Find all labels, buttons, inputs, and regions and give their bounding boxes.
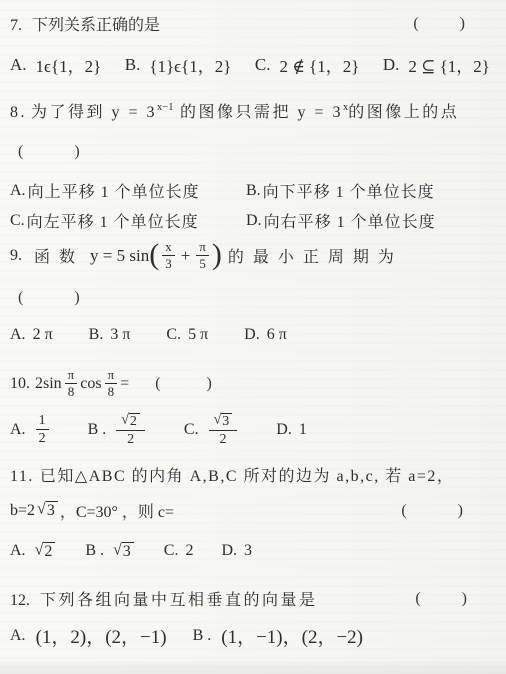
open-big-paren: ( [149, 240, 159, 270]
option-9a-text: 2 π [33, 326, 53, 344]
question-7-answer-blank: ( ) [413, 15, 466, 33]
sqrt-3: √3 [37, 501, 58, 520]
option-11c-text: 2 [185, 542, 193, 560]
exponent-x-minus-1: x−1 [157, 102, 173, 113]
option-8b-label: B. [246, 182, 261, 200]
option-11a-label: A. [10, 542, 26, 560]
option-8d-label: D. [246, 212, 262, 230]
option-9a-label: A. [10, 326, 26, 344]
question-12-options: A.(1，2)，(2，−1) B .(1，−1)，(2，−2) [10, 622, 494, 649]
option-12b-label: B . [193, 627, 212, 645]
option-7c-label: C. [255, 55, 271, 75]
close-big-paren: ) [212, 240, 222, 270]
radical-sign: √ [35, 543, 44, 560]
option-11b: B .√3 [85, 542, 135, 561]
option-9b-text: 3 π [110, 326, 130, 344]
scan-artifact-band [0, 661, 506, 674]
question-9-stem: 9. 函数 y = 5 sin ( x3 + π5 ) 的最小正周期为 [10, 240, 494, 272]
option-9d-label: D. [244, 326, 260, 344]
question-11-text-line1: 已知△ABC 的内角 A,B,C 所对的边为 a,b,c, 若 a=2， [40, 468, 454, 485]
sqrt-3: √3 [113, 542, 134, 561]
question-10-expr-mid: cos [80, 375, 101, 393]
option-7c-text: 2 ∉ {1，2} [279, 52, 359, 77]
option-8b: B.向下平移 1 个单位长度 [246, 179, 435, 202]
option-9d: D.6 π [244, 326, 287, 344]
option-12b: B .(1，−1)，(2，−2) [193, 622, 363, 649]
question-9-number: 9. [10, 247, 22, 265]
option-10a: A. 12 [10, 413, 52, 447]
option-9c-label: C. [166, 326, 181, 344]
question-8-answer-blank: ( ) [18, 143, 81, 160]
question-8-number: 8. [10, 104, 27, 121]
question-10-expr-pre: 2sin [35, 375, 62, 393]
option-8c: C.向左平移 1 个单位长度 [10, 209, 246, 232]
option-12a: A.(1，2)，(2，−1) [10, 622, 167, 649]
option-7a-label: A. [10, 55, 27, 75]
option-8a-text: 向上平移 1 个单位长度 [28, 179, 200, 202]
option-9c: C.5 π [166, 326, 208, 344]
question-11-number: 11. [10, 468, 34, 485]
sqrt-2: √2 [35, 542, 56, 561]
option-11d-label: D. [221, 542, 237, 560]
option-9d-text: 6 π [267, 326, 287, 344]
fraction-x-over-3: x3 [162, 240, 175, 272]
sqrt-3: √3 [214, 413, 233, 430]
option-8a-label: A. [10, 182, 26, 200]
fraction-pi-over-8-second: π8 [105, 368, 118, 400]
option-8b-text: 向下平移 1 个单位长度 [263, 179, 435, 202]
question-8-options-row2: C.向左平移 1 个单位长度 D.向右平移 1 个单位长度 [10, 209, 494, 232]
question-12-stem: 12.下列各组向量中互相垂直的向量是 ( ) [10, 587, 494, 610]
question-7-stem-row: 7.下列关系正确的是 ( ) [10, 12, 494, 35]
question-10-answer-blank: ( ) [155, 375, 213, 393]
question-10-number: 10. [10, 375, 30, 393]
exam-page: 7.下列关系正确的是 ( ) A.1ϵ{1，2} B.{1}ϵ{1，2} C.2… [0, 0, 506, 674]
formula-lhs: y = 5 sin [90, 246, 149, 266]
question-11-line2-pre: b=2 [10, 502, 35, 520]
question-7-number: 7. [10, 17, 22, 34]
option-8d: D.向右平移 1 个单位长度 [246, 209, 436, 232]
radical-sign: √ [121, 414, 129, 429]
fraction-pi-over-8: π8 [65, 368, 78, 400]
option-11c-label: C. [164, 542, 179, 560]
fraction-pi-over-5: π5 [196, 240, 209, 272]
option-11b-label: B . [85, 542, 104, 560]
sine-formula: y = 5 sin ( x3 + π5 ) [90, 240, 222, 272]
option-10b-label: B . [88, 421, 107, 439]
question-12-stem-text: 12.下列各组向量中互相垂直的向量是 [10, 587, 318, 610]
option-11c: C.2 [164, 542, 194, 560]
option-10d-text: 1 [299, 421, 307, 439]
option-7c: C.2 ∉ {1，2} [255, 52, 360, 77]
question-10-stem: 10. 2sin π8 cos π8 = ( ) [10, 368, 494, 400]
question-7-options: A.1ϵ{1，2} B.{1}ϵ{1，2} C.2 ∉ {1，2} D.2 ⊆ … [10, 52, 494, 77]
question-9-answer-blank: ( ) [18, 289, 81, 306]
option-10a-label: A. [10, 421, 26, 439]
radical-sign: √ [113, 543, 122, 560]
option-10c-label: C. [184, 421, 199, 439]
question-11-stem-line2: b=2√3 ，C=30° ，则 c= ( ) [10, 499, 494, 522]
question-11-stem-line1: 11.已知△ABC 的内角 A,B,C 所对的边为 a,b,c, 若 a=2， [10, 463, 494, 486]
question-9-answer-row: ( ) [10, 289, 494, 307]
option-12b-text: (1，−1)，(2，−2) [221, 622, 363, 649]
option-12a-text: (1，2)，(2，−1) [36, 622, 167, 649]
option-8c-label: C. [10, 212, 25, 230]
option-12a-label: A. [10, 627, 26, 645]
question-11-options: A.√2 B .√3 C.2 D.3 [10, 542, 494, 561]
option-7b: B.{1}ϵ{1，2} [125, 52, 232, 77]
option-11d: D.3 [221, 542, 252, 560]
option-9c-text: 5 π [188, 326, 208, 344]
question-9-text-pre: 函数 [34, 244, 84, 267]
fraction-sqrt3-over-2: √32 [209, 412, 238, 448]
option-7d-text: 2 ⊆ {1，2} [408, 52, 490, 77]
question-12-number: 12. [10, 592, 30, 609]
option-9b: B.3 π [89, 326, 131, 344]
question-11-line2-post: ，C=30° ，则 c= [60, 499, 174, 522]
option-10d-label: D. [276, 421, 292, 439]
option-8d-text: 向右平移 1 个单位长度 [264, 209, 436, 232]
option-9b-label: B. [89, 326, 104, 344]
option-7a: A.1ϵ{1，2} [10, 52, 101, 77]
fraction-1-over-2: 12 [36, 413, 49, 447]
question-8-text-mid: 的图像只需把 y = 3 [173, 104, 343, 121]
question-8-stem: 8.为了得到 y = 3x−1 的图像只需把 y = 3x的图像上的点 [10, 101, 494, 124]
question-8-options-row1: A.向上平移 1 个单位长度 B.向下平移 1 个单位长度 [10, 179, 494, 202]
plus-sign: + [181, 246, 191, 266]
radical-sign: √ [37, 502, 46, 519]
option-9a: A.2 π [10, 326, 53, 344]
option-10c: C. √32 [184, 412, 240, 448]
option-11a: A.√2 [10, 542, 57, 561]
option-7a-text: 1ϵ{1，2} [36, 52, 102, 77]
option-8a: A.向上平移 1 个单位长度 [10, 179, 246, 202]
option-7b-label: B. [125, 55, 141, 75]
question-8-answer-row: ( ) [10, 143, 494, 161]
question-7-text: 下列关系正确的是 [32, 17, 160, 34]
equals-sign: = [120, 375, 129, 393]
question-7-stem: 7.下列关系正确的是 [10, 12, 160, 35]
option-7b-text: {1}ϵ{1，2} [149, 52, 231, 77]
question-8-text-post: 的图像上的点 [348, 104, 459, 121]
question-12-answer-blank: ( ) [415, 590, 468, 608]
option-8c-text: 向左平移 1 个单位长度 [27, 209, 199, 232]
question-11-answer-blank: ( ) [401, 502, 464, 520]
question-12-text: 下列各组向量中互相垂直的向量是 [40, 592, 318, 609]
option-10b: B . √22 [88, 412, 148, 448]
question-8-text-pre: 为了得到 y = 3 [31, 104, 157, 121]
option-11d-text: 3 [244, 542, 252, 560]
radical-sign: √ [214, 414, 222, 429]
question-10-options: A. 12 B . √22 C. √32 D.1 [10, 412, 494, 448]
question-9-text-post: 的最小正周期为 [228, 244, 403, 267]
question-11-text-line2: b=2√3 ，C=30° ，则 c= [10, 499, 174, 522]
option-10d: D.1 [276, 421, 307, 439]
sqrt-2: √2 [121, 413, 140, 430]
option-7d: D.2 ⊆ {1，2} [383, 52, 490, 77]
question-9-options: A.2 π B.3 π C.5 π D.6 π [10, 326, 494, 344]
fraction-sqrt2-over-2: √22 [116, 412, 145, 448]
option-7d-label: D. [383, 55, 400, 75]
